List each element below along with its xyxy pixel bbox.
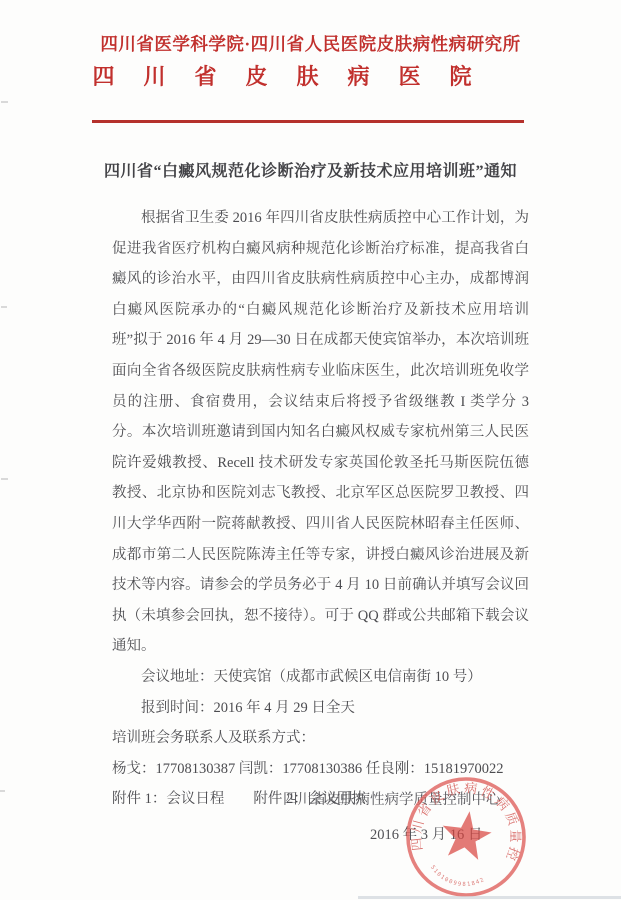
- letterhead-institute-line: 四川省医学科学院·四川省人民医院皮肤病性病研究所: [0, 31, 621, 56]
- notice-title: 四川省“白癜风规范化诊断治疗及新技术应用培训班”通知: [0, 158, 621, 181]
- scan-artifact: [0, 790, 5, 792]
- main-paragraph: 根据省卫生委 2016 年四川省皮肤性病质控中心工作计划，为促进我省医疗机构白癜…: [112, 203, 529, 662]
- scan-artifact: [1, 306, 7, 308]
- letterhead-divider-rule: [92, 120, 524, 123]
- scan-artifact: [1, 478, 8, 480]
- scan-edge-line: [358, 896, 621, 899]
- seal-serial-number: 5101009981842: [427, 864, 488, 891]
- meeting-address-line: 会议地址：天使宾馆（成都市武候区电信南街 10 号）: [112, 662, 529, 693]
- scan-artifact: [1, 101, 8, 103]
- contacts-line: 杨戈：17708130387 闫凯：17708130386 任良刚：151819…: [112, 754, 529, 785]
- notice-body: 根据省卫生委 2016 年四川省皮肤性病质控中心工作计划，为促进我省医疗机构白癜…: [112, 203, 529, 815]
- letterhead-hospital-line: 四川省皮肤病医院: [0, 60, 607, 91]
- checkin-time-line: 报到时间：2016 年 4 月 29 日全天: [112, 693, 529, 724]
- signature-date: 2016 年 3 月 16 日: [370, 823, 482, 844]
- signature-organization: 四川省皮肤病性病学质量控制中心: [283, 788, 501, 809]
- contact-heading-line: 培训班会务联系人及联系方式：: [112, 723, 529, 754]
- document-page: 四川省医学科学院·四川省人民医院皮肤病性病研究所 四川省皮肤病医院 四川省“白癜…: [0, 0, 621, 900]
